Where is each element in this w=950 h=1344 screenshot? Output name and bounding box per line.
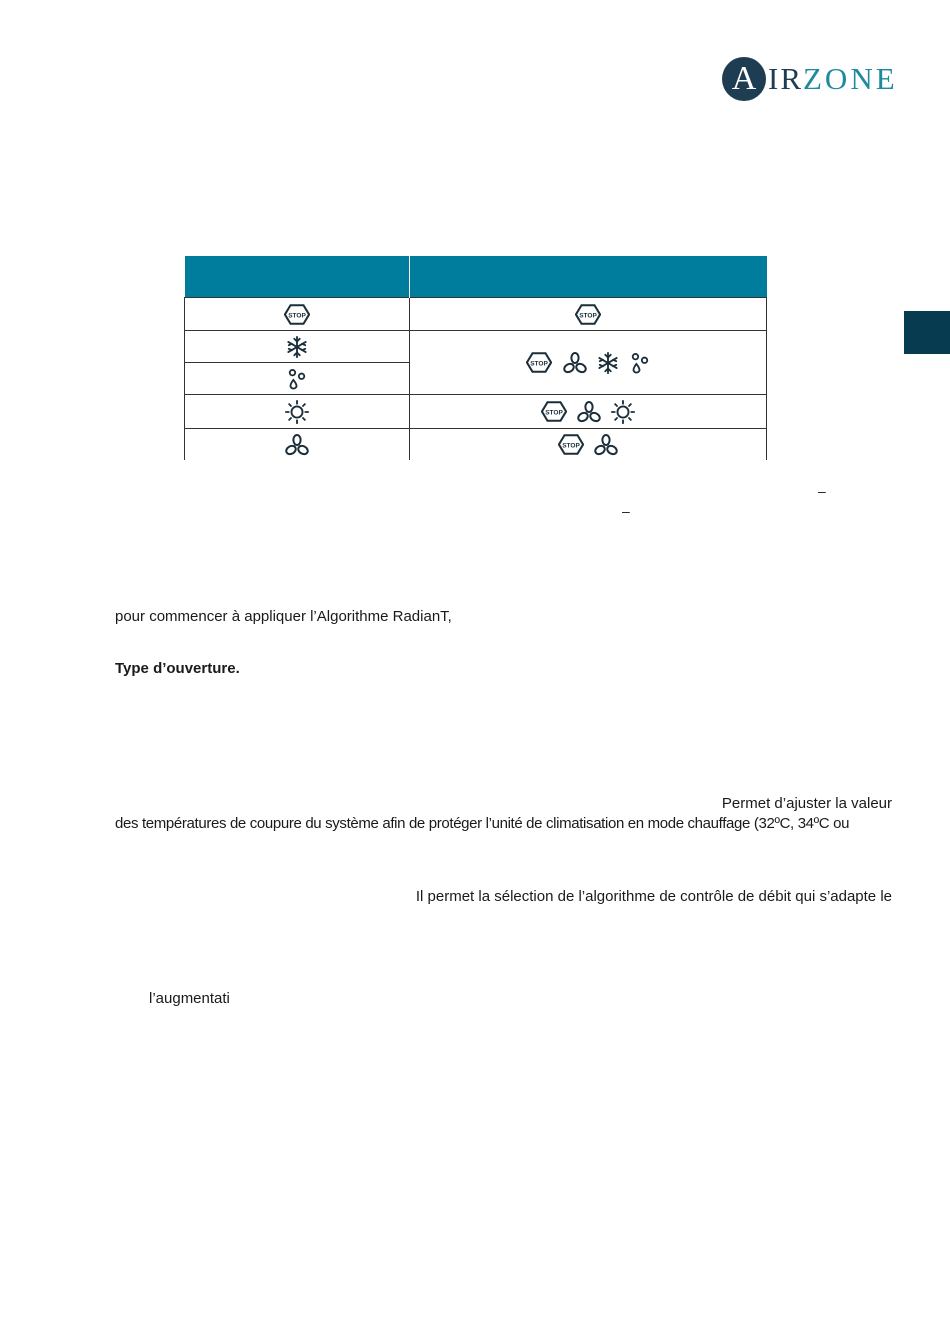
table-cell-allowed-modes — [410, 331, 767, 395]
logo-circle: A — [722, 57, 766, 101]
dash-mark: – — [622, 502, 630, 520]
table-cell-allowed-modes — [410, 298, 767, 331]
table-header-cell — [410, 256, 767, 298]
stop-icon — [526, 352, 552, 373]
paragraph-augmentation: l’augmentati — [149, 990, 230, 1008]
table-cell-mode — [185, 395, 410, 429]
fan-icon — [563, 352, 587, 374]
paragraph-radiant: pour commencer à appliquer l’Algorithme … — [115, 608, 452, 626]
stop-icon — [284, 304, 310, 325]
table-row — [185, 395, 767, 429]
table-header-cell — [185, 256, 410, 298]
stop-icon — [558, 434, 584, 455]
fan-icon — [285, 434, 309, 456]
airzone-logo: A IR ZONE — [722, 56, 898, 102]
stop-icon — [575, 304, 601, 325]
table-cell-mode — [185, 363, 410, 395]
table-row — [185, 429, 767, 461]
stop-icon — [541, 401, 567, 422]
dash-mark: – — [818, 482, 826, 500]
logo-text-ir: IR — [768, 61, 803, 97]
logo-text-zone: ZONE — [803, 61, 898, 97]
paragraph-algorithm: Il permet la sélection de l’algorithme d… — [416, 888, 892, 906]
table-header-row — [185, 256, 767, 298]
table-row — [185, 331, 767, 363]
paragraph-temperatures: des températures de coupure du système a… — [115, 815, 849, 833]
sun-icon — [611, 400, 635, 424]
drops-icon — [287, 368, 307, 390]
table-cell-mode — [185, 429, 410, 461]
snowflake-icon — [597, 352, 619, 374]
table-cell-mode — [185, 331, 410, 363]
table-cell-mode — [185, 298, 410, 331]
heading-opening-type: Type d’ouverture. — [115, 660, 240, 678]
mode-table — [184, 256, 767, 460]
snowflake-icon — [286, 336, 308, 358]
table-row — [185, 298, 767, 331]
paragraph-permet: Permet d’ajuster la valeur — [722, 795, 892, 813]
drops-icon — [630, 352, 650, 374]
fan-icon — [594, 434, 618, 456]
chapter-side-tab — [904, 311, 950, 354]
table-cell-allowed-modes — [410, 395, 767, 429]
table-cell-allowed-modes — [410, 429, 767, 461]
fan-icon — [577, 401, 601, 423]
sun-icon — [285, 400, 309, 424]
